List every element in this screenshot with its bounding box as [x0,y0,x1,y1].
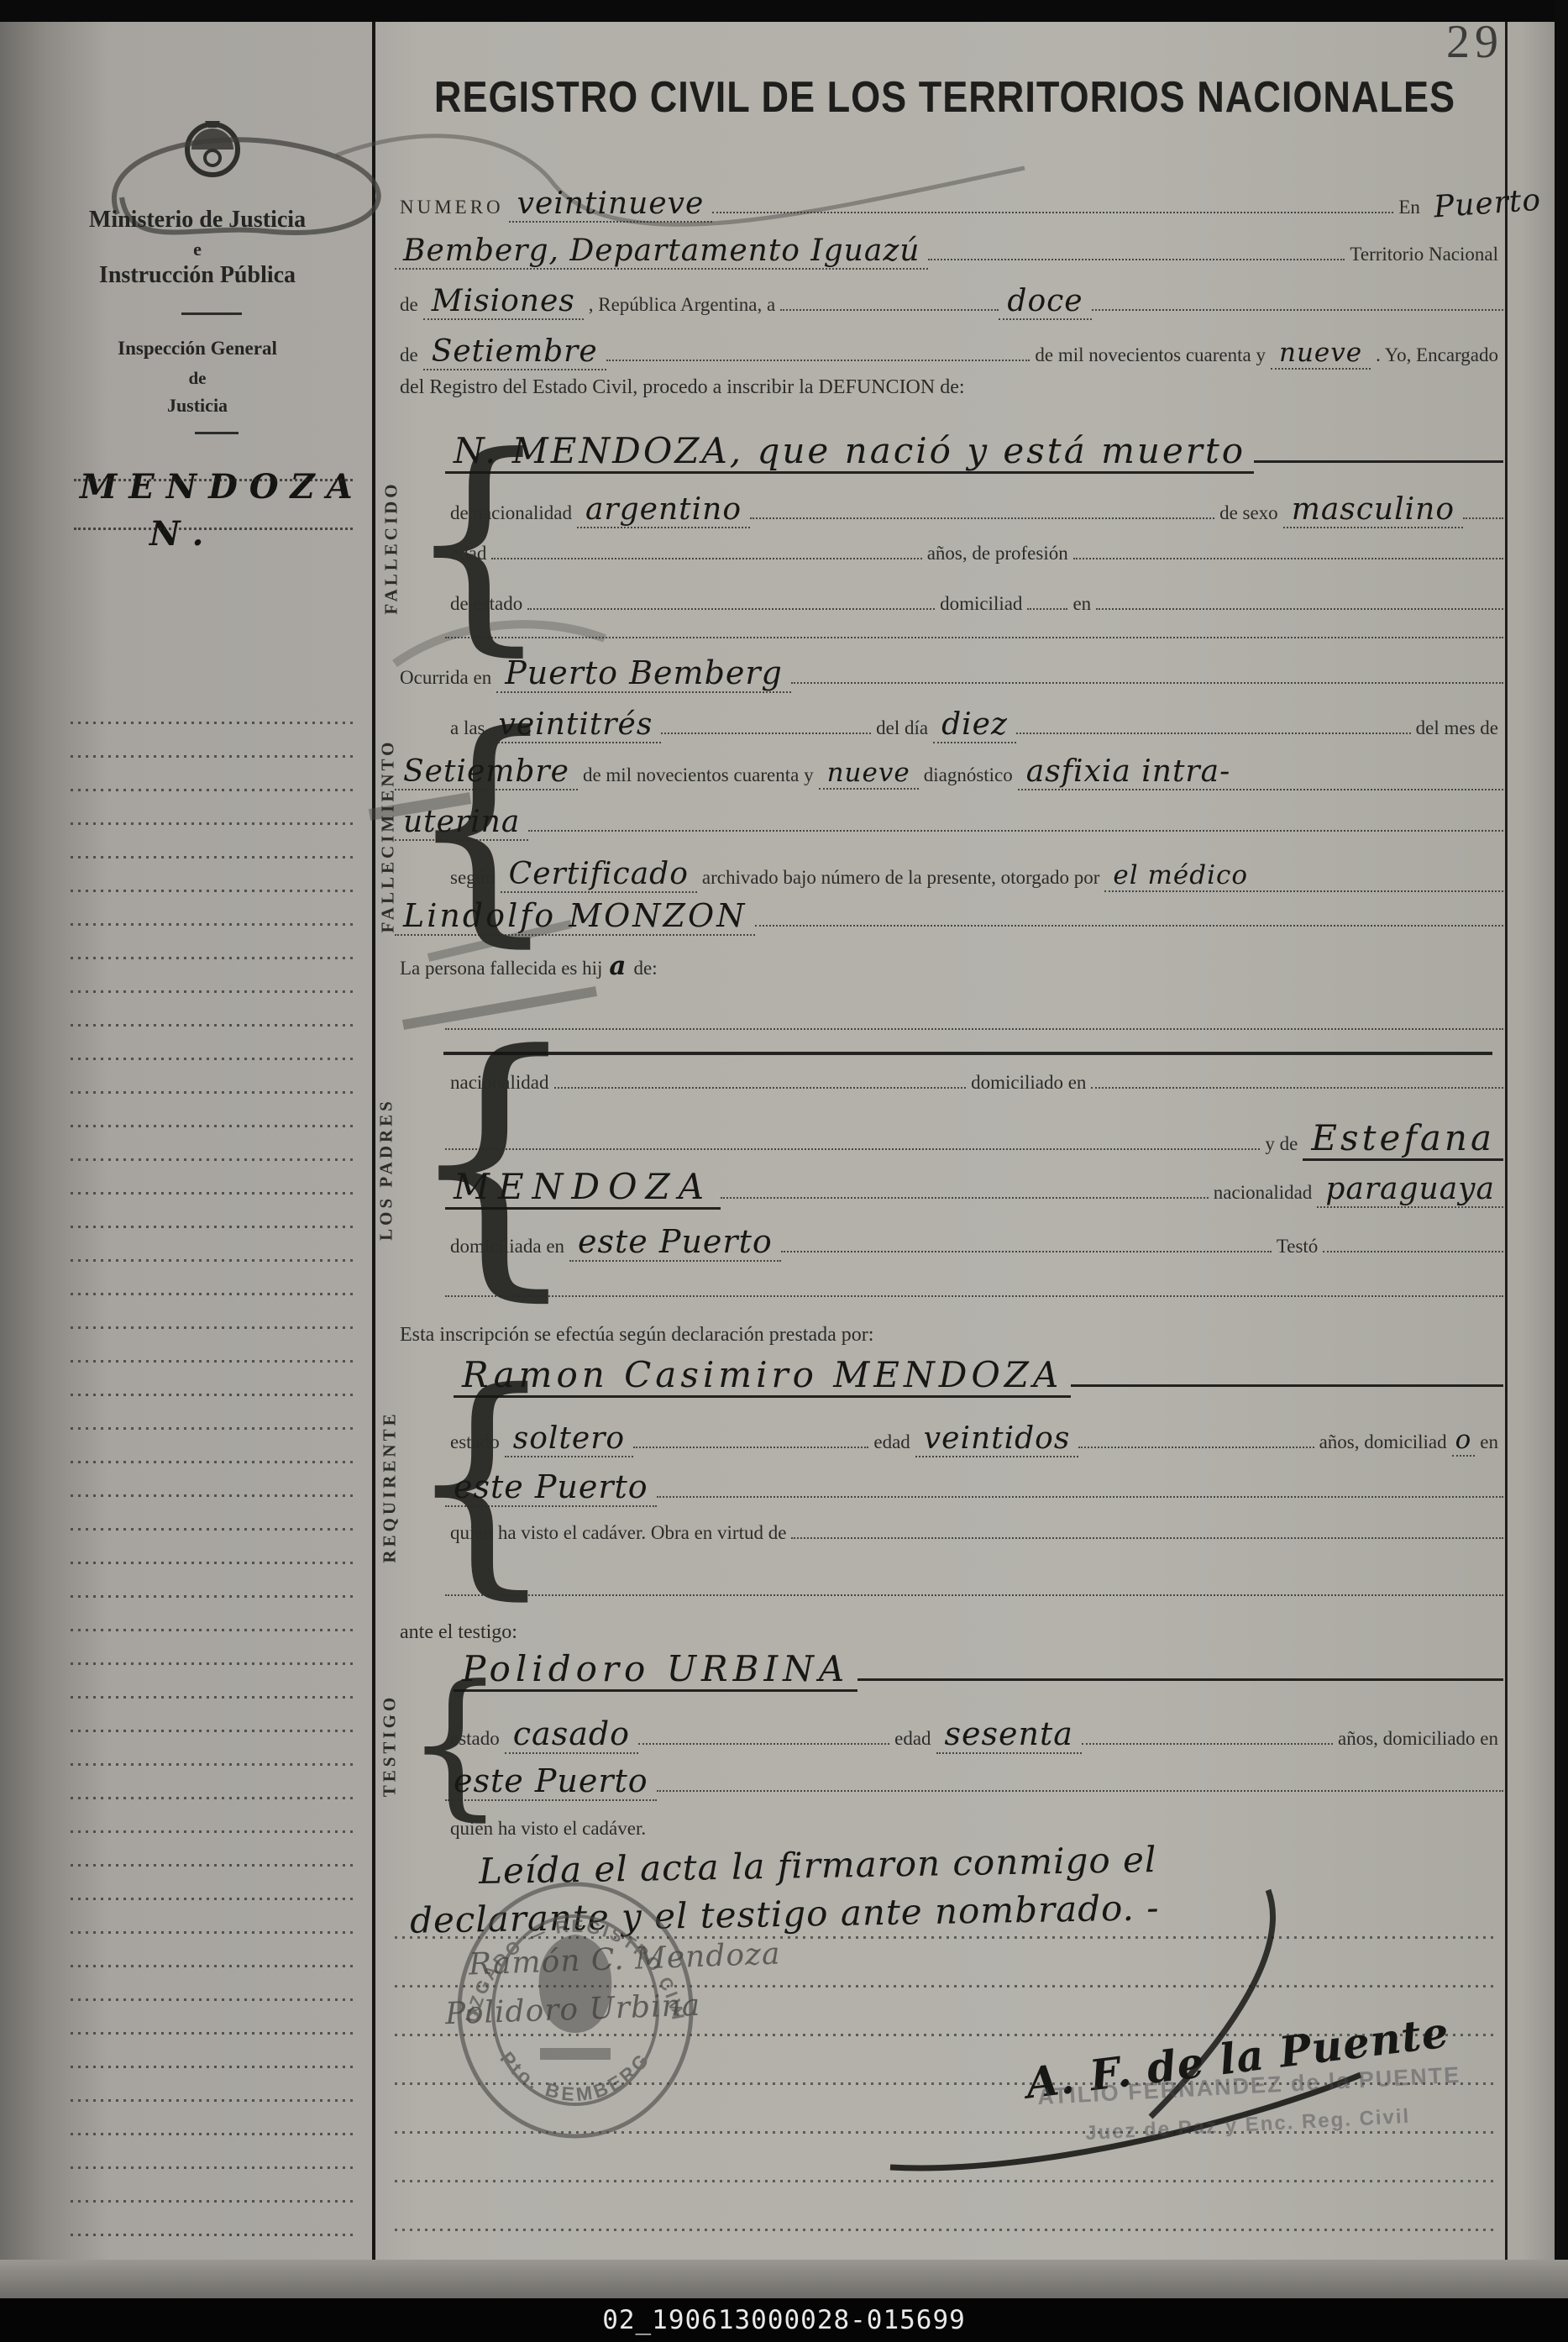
dotted-line [606,348,1030,361]
dotted-line [445,1137,1260,1150]
en-label: en [1067,593,1096,615]
yde-label: y de [1260,1133,1303,1155]
dotted-line [1016,721,1411,734]
inspection-divider [195,432,239,434]
dotted-line [721,1185,1209,1199]
hija-label1: La persona fallecida es hij [395,958,607,979]
domiciliada-label: domiciliada en [445,1236,569,1258]
testigo-cadaver-label: quien ha visto el cadáver. [445,1818,651,1840]
dia-value: diez [933,707,1016,743]
de2-label: de [395,344,423,366]
solid-line [857,1667,1503,1681]
padre-nacionalidad-label: nacionalidad [445,1072,554,1094]
requirente-domicilia-label: años, domiciliad [1314,1431,1452,1453]
requirente-domicilio-value: este Puerto [445,1468,657,1507]
dotted-line [491,546,921,559]
requirente-o-value: o [1452,1425,1476,1457]
index-surname: M E N D O Z A [80,467,353,507]
archive-reference-code: 02_190613000028-015699 [602,2305,966,2335]
dotted-line [1323,1239,1503,1252]
hora-value: veintitrés [490,707,662,743]
dotted-line [445,1284,1503,1297]
dotted-line [445,625,1503,638]
scan-bottom-gradient [0,2260,1568,2298]
year-label: de mil novecientos cuarenta y [1030,344,1271,366]
testigo-edad-value: sesenta [936,1715,1082,1754]
dotted-line [712,200,1393,213]
index-initial: N . [149,514,203,554]
dotted-line [445,1583,1503,1596]
dotted-line [791,670,1503,684]
sexo-label: de sexo [1214,502,1283,524]
madre-nacionalidad-value: paraguaya [1317,1172,1503,1208]
dotted-line [1096,596,1503,610]
dotted-line [755,913,1503,927]
dotted-line [1091,1075,1503,1089]
dotted-line [445,1016,1503,1030]
dotted-line [657,1778,1503,1792]
inscribe-defuncion-label: del Registro del Estado Civil, procedo a… [395,376,970,399]
dia-label: del día [871,717,933,739]
madre-domicilio-value: este Puerto [569,1223,781,1262]
requirente-edad-label: edad [868,1431,915,1453]
solid-line [1254,449,1503,463]
yo-encargado-label: . Yo, Encargado [1371,344,1503,366]
inspection-line3: Justicia [50,395,344,417]
requirente-nombre-value: Ramon Casimiro MENDOZA [454,1354,1071,1398]
sexo-value: masculino [1283,492,1463,528]
territory-value: Misiones [423,284,584,320]
nacionalidad-value: argentino [577,492,750,528]
madre-nombre-value: Estefana [1303,1117,1503,1161]
en-label: En [1393,197,1425,218]
dotted-line [750,506,1214,519]
day-value: doce [999,284,1091,320]
testigo-intro-label: ante el testigo: [395,1621,522,1644]
form-title: REGISTRO CIVIL DE LOS TERRITORIOS NACION… [406,71,1484,122]
year-value: nueve [1271,338,1371,370]
testigo-anos-label: años, domiciliado en [1333,1728,1503,1750]
nacionalidad-label: de nacionalidad [445,502,577,524]
month-value: Setiembre [423,334,606,370]
testigo-estado-value: casado [505,1715,638,1754]
scan-footer-bar: 02_190613000028-015699 [0,2298,1568,2342]
diagnostico-value: asfixia intra- [1018,754,1503,790]
scan-right-edge [1555,0,1568,2342]
dotted-line [657,1484,1503,1498]
deceased-name-value: N. MENDOZA, que nació y está muerto [445,430,1254,474]
requirente-en-label: en [1475,1431,1503,1453]
madre-nacionalidad-label: nacionalidad [1209,1182,1318,1204]
dotted-line [554,1075,967,1089]
section-label-requirente: REQUIRENTE [380,1410,401,1562]
crossed-out-line [443,1052,1492,1055]
dotted-line [633,1435,868,1448]
oval-registry-stamp: JUZGADO — REGISTRO CIVIL Pto. BEMBERG ★ … [449,1872,701,2149]
ministry-name-line2: e [50,239,344,260]
domicilia-label: domiciliad [935,593,1027,615]
dotted-line [928,247,1345,260]
section-label-padres: LOS PADRES [376,1098,397,1241]
form-left-border [372,22,375,2298]
requirente-estado-value: soltero [505,1421,633,1457]
de-label: de [395,294,423,316]
otorgado-value: el médico [1104,860,1503,892]
stamp-coat-of-arms-blob [539,1935,612,2033]
page-right-border [1505,22,1508,2298]
page-number: 29 [1446,15,1503,69]
solid-line [1071,1373,1503,1387]
dotted-line [781,1239,1272,1252]
section-label-fallecido: FALLECIDO [381,480,402,614]
scanned-death-certificate: Ministerio de Justicia e Instrucción Púb… [0,0,1568,2342]
mes-label: del mes de [1411,717,1503,739]
testigo-estado-label: estado [445,1728,505,1750]
ano-value: nueve [819,758,919,790]
alas-label: a las [445,717,490,739]
dotted-line [780,297,999,311]
dotted-line [1082,1731,1333,1745]
edad-label: edad [445,543,491,564]
requirente-edad-value: veintidos [915,1421,1079,1457]
requirente-estado-label: estado [445,1431,505,1453]
dotted-line [528,818,1503,832]
segun-label: según [445,867,501,889]
medico-value: Lindolfo MONZON [395,897,755,936]
dotted-line [1078,1435,1314,1448]
ministry-name-line1: Ministerio de Justicia [50,207,344,234]
dotted-line [1073,546,1503,559]
ministry-divider [181,312,242,315]
testo-label: Testó [1272,1236,1324,1258]
ano-label: de mil novecientos cuarenta y [578,764,819,786]
requirente-cadaver-label: quien ha visto el cadáver. Obra en virtu… [445,1522,791,1544]
ministry-name-line3: Instrucción Pública [50,262,344,289]
stamp-center-bar [540,2048,611,2060]
testigo-domicilio-value: este Puerto [445,1762,657,1801]
archivado-label: archivado bajo número de la presente, ot… [697,867,1104,889]
territorio-label: Territorio Nacional [1345,244,1503,265]
dotted-line [1027,596,1067,610]
domiciliado-label: domiciliado en [966,1072,1091,1094]
estado-label: de estado [445,593,527,615]
locality-value: Bemberg, Departamento Iguazú [395,234,928,270]
scan-top-edge [0,0,1568,22]
index-dotted-line2 [74,528,353,530]
numero-label: NUMERO [395,197,509,218]
inspection-line2: de [50,368,344,389]
dotted-line [1463,506,1503,519]
mes-value: Setiembre [395,754,578,790]
dotted-line [791,1525,1503,1539]
hija-value: a [607,951,628,981]
index-dotted-line1 [74,479,353,481]
dotted-line [638,1731,889,1745]
hija-label2: de: [628,958,662,979]
republica-label: , República Argentina, a [584,294,781,316]
diagnostico-label: diagnóstico [919,764,1018,786]
testigo-nombre-value: Polidoro URBINA [454,1648,857,1692]
dotted-line [661,721,871,734]
testigo-edad-label: edad [889,1728,936,1750]
madre-apellido-value: MENDOZA [445,1166,721,1210]
section-label-testigo: TESTIGO [380,1694,401,1798]
margin-ruled-lines [71,691,354,2236]
stamp-star-left: ★ [466,2003,480,2019]
dotted-line [1092,297,1503,311]
segun-value: Certificado [501,857,697,893]
diagnostico-value2: uterina [395,805,528,841]
stamp-star-right: ★ [669,2003,683,2019]
numero-value: veintinueve [509,186,713,223]
profesion-label: años, de profesión [922,543,1073,564]
inspection-line1: Inspección General [50,338,344,360]
dotted-line [527,596,935,610]
